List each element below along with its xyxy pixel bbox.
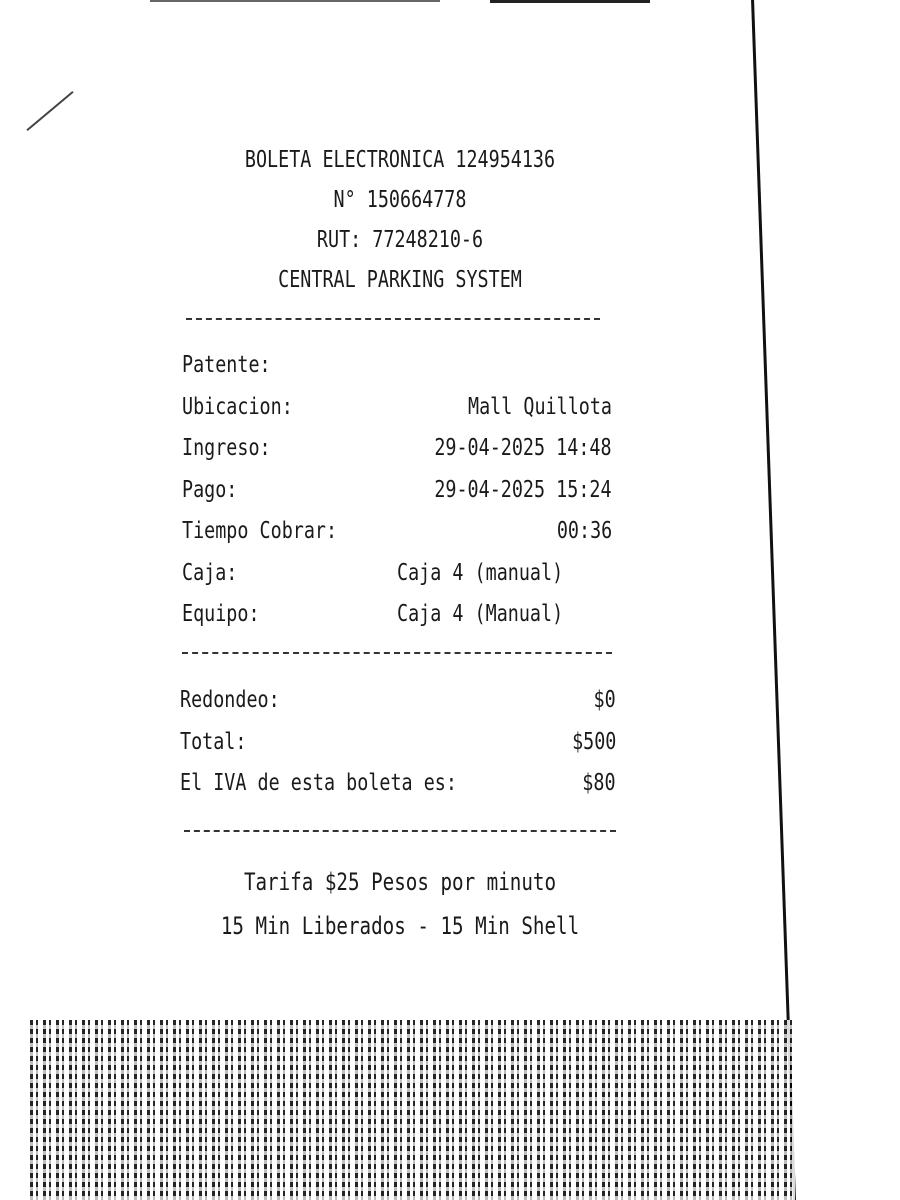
separator — [184, 830, 616, 832]
detail-row-ubicacion: Ubicacion: Mall Quillota — [182, 387, 612, 429]
total-row-iva: El IVA de esta boleta es: $80 — [180, 763, 616, 805]
total-label: El IVA de esta boleta es: — [180, 763, 457, 805]
paper-edge-top — [150, 0, 440, 2]
total-value: $500 — [572, 722, 616, 764]
detail-row-caja: Caja: Caja 4 (manual) — [182, 553, 612, 595]
receipt-title: BOLETA ELECTRONICA 124954136 — [224, 140, 576, 180]
detail-value: Caja 4 (manual) — [397, 553, 563, 595]
detail-label: Caja: — [182, 553, 237, 595]
receipt-totals: Redondeo: $0 Total: $500 El IVA de esta … — [180, 680, 616, 805]
detail-label: Tiempo Cobrar: — [182, 511, 337, 553]
detail-row-equipo: Equipo: Caja 4 (Manual) — [182, 594, 612, 636]
detail-row-tiempo: Tiempo Cobrar: 00:36 — [182, 511, 612, 553]
detail-value: Caja 4 (Manual) — [397, 594, 563, 636]
detail-row-ingreso: Ingreso: 29-04-2025 14:48 — [182, 428, 612, 470]
paper-edge-top-dark — [490, 0, 650, 3]
detail-value: 00:36 — [557, 511, 612, 553]
separator — [186, 318, 600, 320]
detail-label: Ingreso: — [182, 428, 271, 470]
total-label: Redondeo: — [180, 680, 280, 722]
detail-label: Pago: — [182, 470, 237, 512]
detail-value: Mall Quillota — [468, 387, 612, 429]
receipt-details: Patente: Ubicacion: Mall Quillota Ingres… — [182, 345, 612, 636]
pdf417-barcode-icon — [30, 1020, 795, 1200]
paper-mark — [26, 91, 73, 131]
tariff-text: Tarifa $25 Pesos por minuto — [216, 860, 584, 904]
total-row-redondeo: Redondeo: $0 — [180, 680, 616, 722]
company-name: CENTRAL PARKING SYSTEM — [224, 260, 576, 300]
total-row-total: Total: $500 — [180, 722, 616, 764]
receipt-header: BOLETA ELECTRONICA 124954136 N° 15066477… — [224, 140, 576, 300]
detail-label: Equipo: — [182, 594, 260, 636]
detail-label: Ubicacion: — [182, 387, 293, 429]
detail-label: Patente: — [182, 345, 271, 387]
total-value: $80 — [583, 763, 616, 805]
detail-value: 29-04-2025 14:48 — [435, 428, 612, 470]
detail-value: 29-04-2025 15:24 — [435, 470, 612, 512]
detail-row-pago: Pago: 29-04-2025 15:24 — [182, 470, 612, 512]
receipt-footer: Tarifa $25 Pesos por minuto 15 Min Liber… — [170, 860, 630, 948]
total-label: Total: — [180, 722, 246, 764]
separator — [182, 652, 612, 654]
receipt-number: N° 150664778 — [224, 180, 576, 220]
detail-row-patente: Patente: — [182, 345, 612, 387]
company-rut: RUT: 77248210-6 — [224, 220, 576, 260]
total-value: $0 — [594, 680, 616, 722]
free-minutes-text: 15 Min Liberados - 15 Min Shell — [216, 904, 584, 948]
